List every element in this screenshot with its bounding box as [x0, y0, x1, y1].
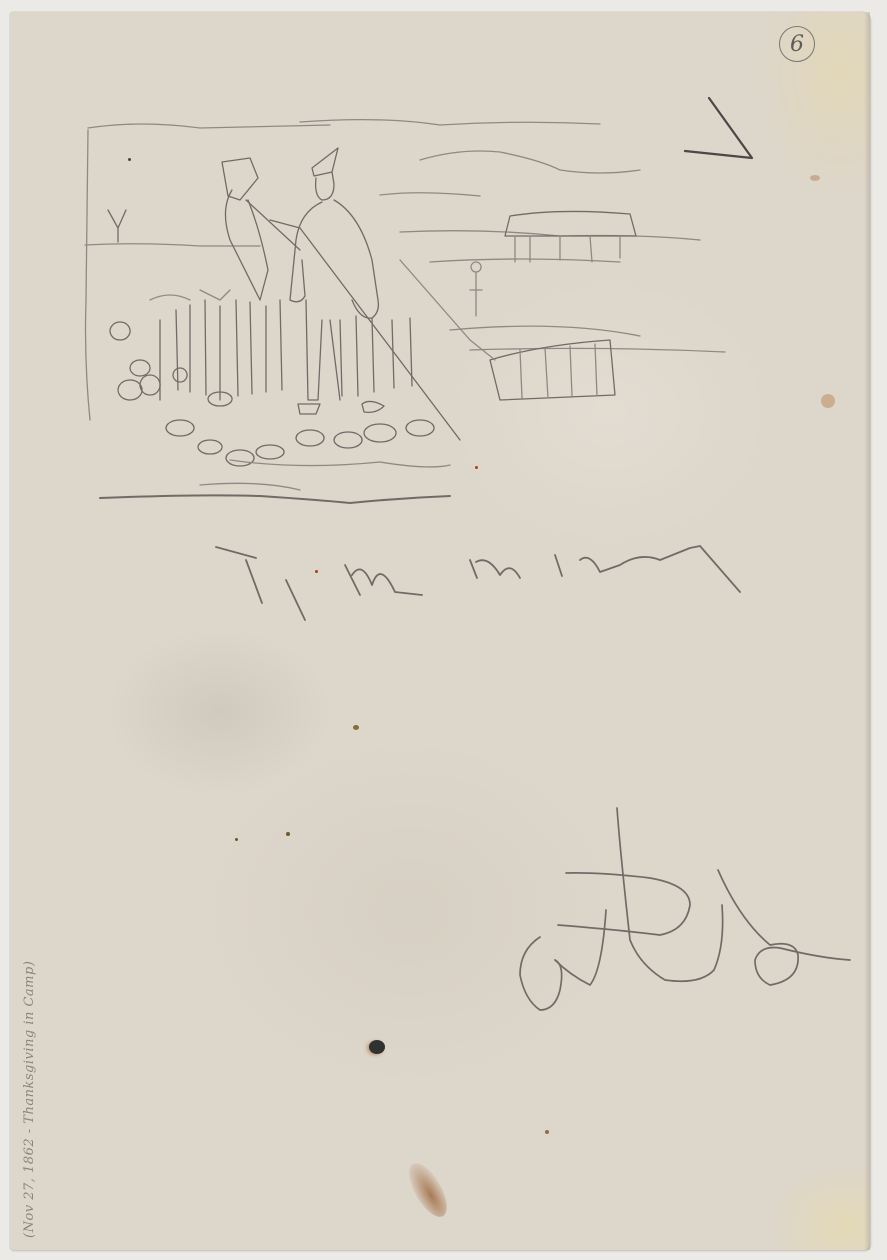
foxing-stain	[810, 175, 820, 181]
foxing-stain	[475, 466, 478, 469]
foxing-stain	[353, 725, 359, 730]
page-number-text: 6	[790, 32, 804, 57]
scan-background: 6 (Nov 27, 1862 - Thanksgiving in Camp)	[0, 0, 887, 1260]
foxing-stain	[545, 1130, 549, 1134]
foxing-stain	[821, 394, 835, 408]
paper-sheet	[10, 12, 870, 1250]
foxing-stain	[315, 570, 318, 573]
page-number-circle: 6	[779, 26, 815, 62]
paper-edge	[864, 12, 870, 1250]
dark-spot	[369, 1040, 385, 1054]
side-annotation: (Nov 27, 1862 - Thanksgiving in Camp)	[22, 961, 37, 1238]
foxing-stain	[128, 158, 131, 161]
foxing-stain	[286, 832, 290, 836]
foxing-stain	[235, 838, 238, 841]
